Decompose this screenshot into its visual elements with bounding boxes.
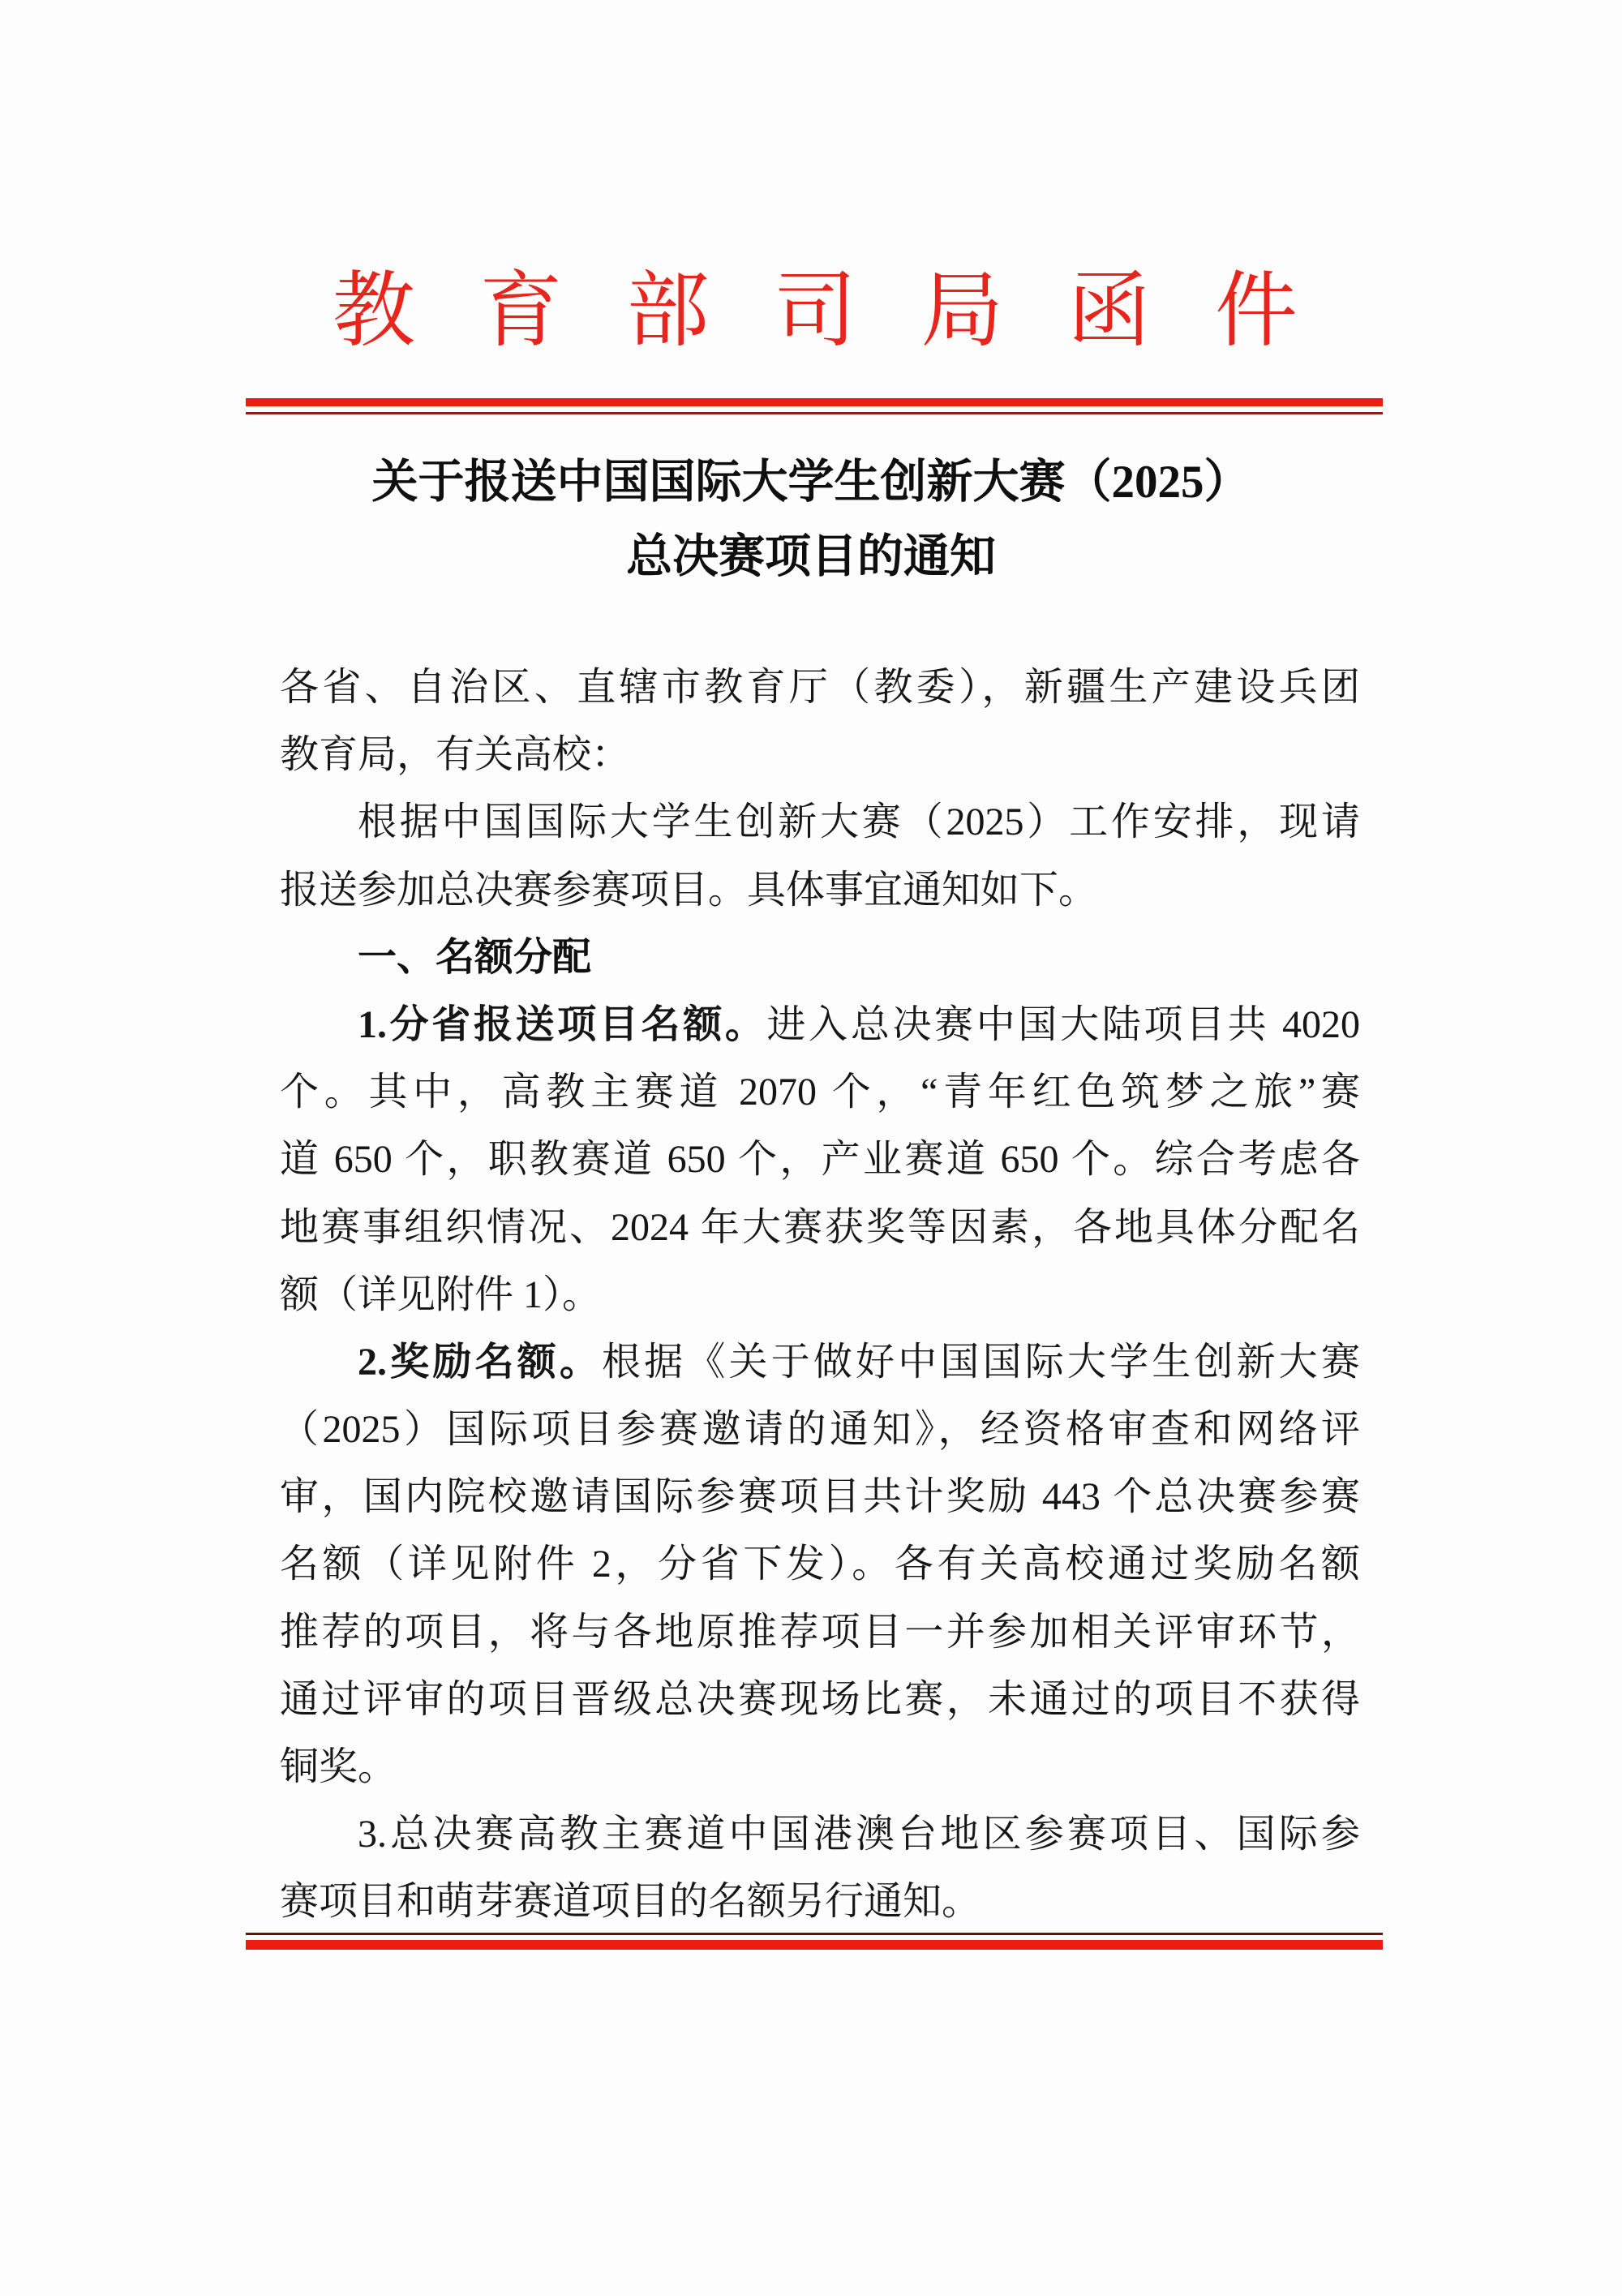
- document-title: 关于报送中国国际大学生创新大赛（2025） 总决赛项目的通知: [243, 445, 1379, 594]
- body-line: 教育局，有关高校：: [280, 721, 1360, 788]
- body-line: 额（详见附件 1）。: [280, 1261, 1360, 1328]
- body-line: 报送参加总决赛参赛项目。具体事宜通知如下。: [280, 856, 1360, 924]
- document-page: 教育部司局函件 关于报送中国国际大学生创新大赛（2025） 总决赛项目的通知 各…: [0, 0, 1622, 2296]
- body-line: 道 650 个，职教赛道 650 个，产业赛道 650 个。综合考虑各: [280, 1126, 1360, 1193]
- agency-title-char: 件: [1215, 268, 1298, 357]
- body-line: 1.分省报送项目名额。进入总决赛中国大陆项目共 4020: [280, 991, 1360, 1058]
- body-line: 赛项目和萌芽赛道项目的名额另行通知。: [280, 1868, 1360, 1935]
- agency-title-char: 司: [774, 268, 856, 357]
- body-line: 审，国内院校邀请国际参赛项目共计奖励 443 个总决赛参赛: [280, 1463, 1360, 1530]
- agency-letterhead-title: 教育部司局函件: [333, 268, 1298, 357]
- header-rule-thick: [246, 398, 1383, 406]
- body-line: （2025）国际项目参赛邀请的通知》，经资格审查和网络评: [280, 1396, 1360, 1463]
- body-line: 2.奖励名额。根据《关于做好中国国际大学生创新大赛: [280, 1328, 1360, 1396]
- agency-title-char: 函: [1068, 268, 1151, 357]
- agency-title-char: 教: [333, 268, 415, 357]
- body-line-bold-lead: 2.奖励名额。: [358, 1341, 602, 1384]
- document-title-line-2: 总决赛项目的通知: [243, 520, 1379, 594]
- body-line: 3.总决赛高教主赛道中国港澳台地区参赛项目、国际参: [280, 1800, 1360, 1868]
- document-title-line-1: 关于报送中国国际大学生创新大赛（2025）: [243, 445, 1379, 520]
- agency-title-char: 育: [479, 268, 562, 357]
- body-line: 地赛事组织情况、2024 年大赛获奖等因素，各地具体分配名: [280, 1194, 1360, 1261]
- footer-rule-thin: [246, 1933, 1383, 1935]
- document-body: 各省、自治区、直辖市教育厅（教委），新疆生产建设兵团教育局，有关高校：根据中国国…: [280, 654, 1360, 1936]
- footer-rule-thick: [246, 1940, 1383, 1950]
- header-rule-thin: [246, 412, 1383, 414]
- body-line: 名额（详见附件 2，分省下发）。各有关高校通过奖励名额: [280, 1530, 1360, 1598]
- body-line-bold-lead: 1.分省报送项目名额。: [358, 1003, 767, 1046]
- agency-title-char: 局: [920, 268, 1003, 357]
- body-line: 通过评审的项目晋级总决赛现场比赛，未通过的项目不获得: [280, 1666, 1360, 1733]
- body-line: 推荐的项目，将与各地原推荐项目一并参加相关评审环节，: [280, 1599, 1360, 1666]
- body-line: 根据中国国际大学生创新大赛（2025）工作安排，现请: [280, 788, 1360, 856]
- section-heading: 一、名额分配: [280, 924, 1360, 991]
- body-line: 铜奖。: [280, 1733, 1360, 1800]
- agency-title-char: 部: [627, 268, 710, 357]
- body-line: 个。其中，高教主赛道 2070 个，“青年红色筑梦之旅”赛: [280, 1058, 1360, 1126]
- body-line: 各省、自治区、直辖市教育厅（教委），新疆生产建设兵团: [280, 654, 1360, 721]
